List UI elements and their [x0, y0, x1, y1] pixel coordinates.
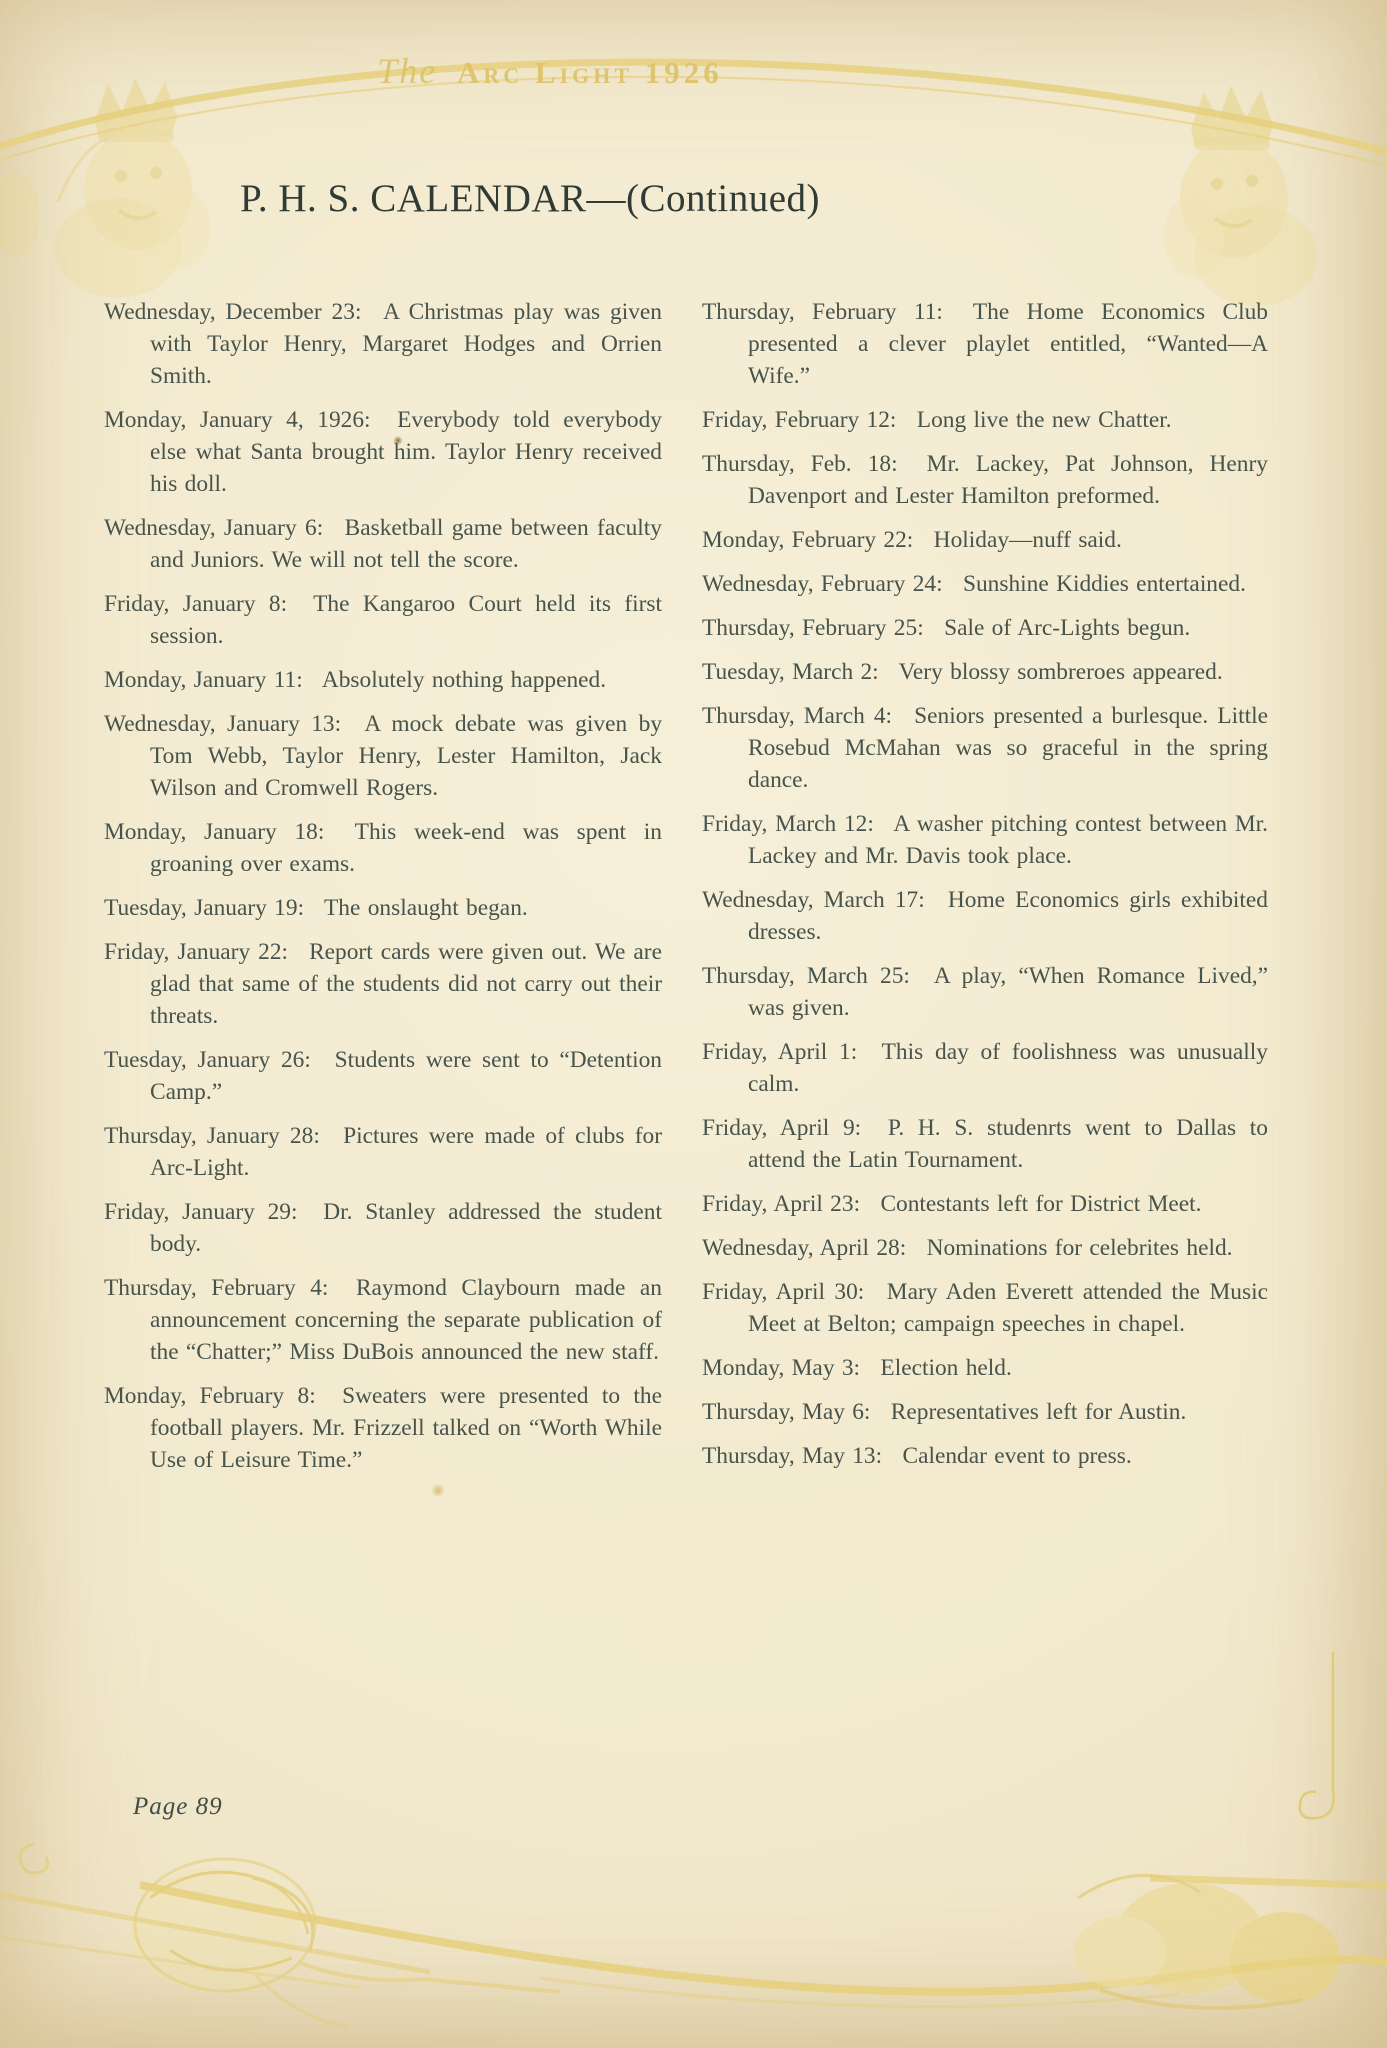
entry-date: Friday, January 22: — [104, 939, 288, 965]
entry-date: Wednesday, January 6: — [104, 515, 323, 541]
calendar-entry: Wednesday, December 23: A Christmas play… — [104, 296, 662, 392]
calendar-entry: Friday, January 29: Dr. Stanley addresse… — [104, 1196, 662, 1260]
calendar-entry: Tuesday, March 2: Very blossy sombreroes… — [702, 656, 1268, 688]
entry-event-text: Election held. — [880, 1355, 1011, 1381]
calendar-entry: Friday, February 12: Long live the new C… — [702, 404, 1268, 436]
entry-date: Friday, January 8: — [104, 591, 287, 617]
calendar-entry: Thursday, May 13: Calendar event to pres… — [702, 1440, 1268, 1472]
entry-date: Monday, January 11: — [104, 667, 303, 693]
calendar-entry: Wednesday, March 17: Home Economics girl… — [702, 884, 1268, 948]
entry-date: Thursday, February 4: — [104, 1275, 328, 1301]
page-title: P. H. S. CALENDAR—(Continued) — [0, 176, 1060, 221]
entry-date: Friday, April 9: — [702, 1115, 861, 1141]
masthead-caps-text: Arc Light 1926 — [457, 55, 723, 90]
entry-date: Friday, February 12: — [702, 407, 896, 433]
entry-date: Wednesday, January 13: — [104, 711, 341, 737]
entry-date: Friday, April 23: — [702, 1191, 860, 1217]
calendar-entry: Friday, April 23: Contestants left for D… — [702, 1188, 1268, 1220]
entry-event-text: Very blossy sombreroes appeared. — [899, 659, 1223, 685]
entry-event-text: Long live the new Chatter. — [917, 407, 1172, 433]
calendar-entry: Monday, January 18: This week-end was sp… — [104, 816, 662, 880]
page-number: Page 89 — [133, 1793, 223, 1821]
entry-date: Tuesday, January 26: — [104, 1047, 311, 1073]
calendar-entry: Friday, April 30: Mary Aden Everett atte… — [702, 1276, 1268, 1340]
calendar-entry: Thursday, March 4: Seniors presented a b… — [702, 700, 1268, 796]
entry-date: Friday, March 12: — [702, 811, 874, 837]
calendar-entry: Thursday, February 4: Raymond Claybourn … — [104, 1272, 662, 1368]
calendar-entry: Wednesday, January 6: Basketball game be… — [104, 512, 662, 576]
calendar-entry: Wednesday, April 28: Nominations for cel… — [702, 1232, 1268, 1264]
entry-date: Thursday, February 11: — [702, 299, 943, 325]
entry-date: Thursday, January 28: — [104, 1123, 320, 1149]
king-face-watermark-right-icon — [1164, 86, 1318, 306]
entry-event-text: Sale of Arc-Lights begun. — [944, 615, 1190, 641]
entry-date: Thursday, Feb. 18: — [702, 451, 898, 477]
entry-date: Thursday, February 25: — [702, 615, 924, 641]
entry-event-text: Calendar event to press. — [903, 1443, 1132, 1469]
figure-watermark-bottom-right-ornament — [1074, 1875, 1340, 2008]
calendar-entry: Thursday, March 25: A play, “When Romanc… — [702, 960, 1268, 1024]
calendar-entry: Friday, January 8: The Kangaroo Court he… — [104, 588, 662, 652]
masthead-script-word: The — [377, 51, 437, 91]
entry-date: Thursday, May 13: — [702, 1443, 882, 1469]
calendar-entry: Tuesday, January 26: Students were sent … — [104, 1044, 662, 1108]
entry-date: Tuesday, March 2: — [702, 659, 879, 685]
calendar-entry: Thursday, May 6: Representatives left fo… — [702, 1396, 1268, 1428]
entry-event-text: Nominations for celebrites held. — [927, 1235, 1233, 1261]
calendar-entry: Monday, February 22: Holiday—nuff said. — [702, 524, 1268, 556]
entry-event-text: Holiday—nuff said. — [934, 527, 1122, 553]
yearbook-page: The Arc Light 1926 P. H. S. CALENDAR—(Co… — [0, 0, 1387, 2048]
calendar-entry: Thursday, Feb. 18: Mr. Lackey, Pat Johns… — [702, 448, 1268, 512]
calendar-entry: Monday, February 8: Sweaters were presen… — [104, 1380, 662, 1476]
entry-date: Tuesday, January 19: — [104, 895, 304, 921]
entry-date: Monday, January 4, 1926: — [104, 407, 371, 433]
entry-date: Wednesday, March 17: — [702, 887, 925, 913]
entry-event-text: Absolutely nothing happened. — [322, 667, 606, 693]
calendar-entry: Thursday, February 11: The Home Economic… — [702, 296, 1268, 392]
entry-event-text: Representatives left for Austin. — [891, 1399, 1187, 1425]
calendar-entry: Friday, January 22: Report cards were gi… — [104, 936, 662, 1032]
right-margin-curl-ornament — [1150, 1652, 1387, 1886]
entry-date: Wednesday, December 23: — [104, 299, 361, 325]
entry-date: Monday, February 22: — [702, 527, 913, 553]
calendar-entry: Wednesday, January 13: A mock debate was… — [104, 708, 662, 804]
entry-date: Friday, April 30: — [702, 1279, 864, 1305]
calendar-entry: Monday, January 4, 1926: Everybody told … — [104, 404, 662, 500]
entry-date: Monday, January 18: — [104, 819, 324, 845]
entry-event-text: Sunshine Kiddies entertained. — [963, 571, 1246, 597]
calendar-entry: Tuesday, January 19: The onslaught began… — [104, 892, 662, 924]
entry-date: Friday, January 29: — [104, 1199, 298, 1225]
entry-date: Thursday, May 6: — [702, 1399, 870, 1425]
calendar-entry: Monday, May 3: Election held. — [702, 1352, 1268, 1384]
entry-date: Wednesday, April 28: — [702, 1235, 906, 1261]
rose-flourish-bottom-left-ornament — [0, 1844, 560, 2027]
entry-date: Monday, May 3: — [702, 1355, 860, 1381]
calendar-column-left: Wednesday, December 23: A Christmas play… — [104, 296, 662, 1488]
entry-date: Thursday, March 4: — [702, 703, 892, 729]
calendar-entry: Friday, April 1: This day of foolishness… — [702, 1036, 1268, 1100]
calendar-column-right: Thursday, February 11: The Home Economic… — [702, 296, 1268, 1484]
calendar-entry: Thursday, January 28: Pictures were made… — [104, 1120, 662, 1184]
entry-date: Thursday, March 25: — [702, 963, 910, 989]
calendar-entry: Wednesday, February 24: Sunshine Kiddies… — [702, 568, 1268, 600]
entry-date: Monday, February 8: — [104, 1383, 316, 1409]
entry-event-text: The onslaught began. — [324, 895, 528, 921]
entry-event-text: Contestants left for District Meet. — [880, 1191, 1201, 1217]
calendar-entry: Friday, April 9: P. H. S. studenrts went… — [702, 1112, 1268, 1176]
entry-date: Wednesday, February 24: — [702, 571, 943, 597]
calendar-entry: Thursday, February 25: Sale of Arc-Light… — [702, 612, 1268, 644]
calendar-entry: Monday, January 11: Absolutely nothing h… — [104, 664, 662, 696]
masthead-watermark: The Arc Light 1926 — [0, 50, 1100, 92]
entry-date: Friday, April 1: — [702, 1039, 857, 1065]
calendar-entry: Friday, March 12: A washer pitching cont… — [702, 808, 1268, 872]
